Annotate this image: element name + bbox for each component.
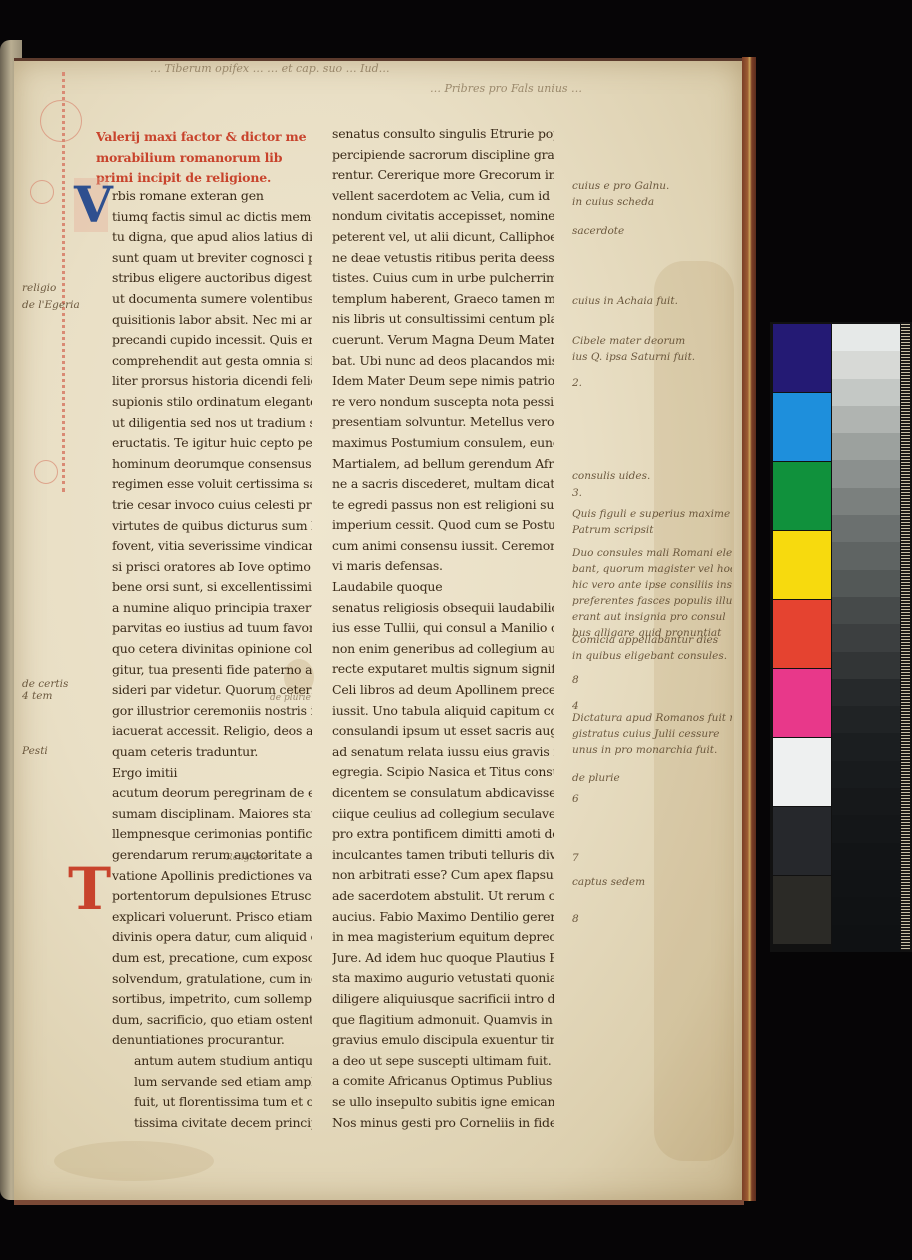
margin-note: Duo consules mali Romani electores xyxy=(572,547,732,560)
text-line: stribus eligere auctoribus digesta const… xyxy=(112,268,312,289)
text-line: ad senatum relata iussu eius gravis figu… xyxy=(332,742,554,763)
color-patch-dark-gray xyxy=(773,807,831,876)
margin-note: Cibele mater deorum xyxy=(572,335,732,348)
color-patch-yellow xyxy=(773,531,831,600)
text-line: hominum deorumque consensus maris ac ter… xyxy=(112,454,312,475)
text-line: cuerunt. Verum Magna Deum Mater in orbe … xyxy=(332,330,554,351)
text-line: a comite Africanus Optimus Publius xyxy=(332,1071,554,1092)
gray-step xyxy=(832,488,900,515)
text-line: rbis romane exteran gen xyxy=(112,186,312,207)
text-line: tistes. Cuius cum in urbe pulcherrimum xyxy=(332,268,554,289)
gray-step xyxy=(832,570,900,597)
margin-note: in quibus eligebant consules. xyxy=(572,650,732,663)
gray-step xyxy=(832,733,900,760)
color-patch-red xyxy=(773,600,831,669)
text-line: iussit. Uno tabula aliquid capitum conve… xyxy=(332,701,554,722)
margin-note: unus in pro monarchia fuit. xyxy=(572,744,732,757)
text-line: vi maris defensas. xyxy=(332,556,554,577)
text-line: dum, sacrificio, quo etiam ostentorum ac… xyxy=(112,1010,312,1031)
text-line: Laudabile quoque xyxy=(332,577,554,598)
text-line: dicentem se consulatum abdicavisset. Sul… xyxy=(332,783,554,804)
top-margin-note: … Tiberum opifex … … et cap. suo … Iud… xyxy=(150,62,390,75)
penwork-roundel xyxy=(40,100,82,142)
text-line: precandi cupido incessit. Quis enim xyxy=(112,330,312,351)
margin-note: 7 xyxy=(572,852,732,865)
text-line: imperium cessit. Quod cum se Postumium m… xyxy=(332,515,554,536)
text-line: solvendum, gratulatione, cum inquirendum… xyxy=(112,969,312,990)
color-patch-white xyxy=(773,738,831,807)
text-line: sta maximo augurio vetustati quoniam xyxy=(332,968,554,989)
text-line: recte exputaret multis signum significab… xyxy=(332,659,554,680)
text-line: trie cesar invoco cuius celesti providen… xyxy=(112,495,312,516)
gray-step xyxy=(832,925,900,952)
gilt-edge xyxy=(742,57,756,1201)
text-line: te egredi passus non est religioni summi xyxy=(332,495,554,516)
margin-note: hic vero ante ipse consiliis insigne xyxy=(572,579,732,592)
gray-step xyxy=(832,460,900,487)
margin-note: 8 xyxy=(572,674,732,687)
gray-step xyxy=(832,597,900,624)
penwork-roundel xyxy=(30,180,54,204)
margin-note: ius Q. ipsa Saturni fuit. xyxy=(572,351,732,364)
text-line: Nos minus gesti pro Corneliis in fideo a… xyxy=(332,1113,554,1134)
gray-step xyxy=(832,351,900,378)
text-line: tu digna, que apud alios latius diffusa xyxy=(112,227,312,248)
color-patch-magenta xyxy=(773,669,831,738)
color-patch-green xyxy=(773,462,831,531)
text-line: virtutes de quibus dicturus sum benignis… xyxy=(112,516,312,537)
margin-note: 8 xyxy=(572,913,732,926)
margin-note: Pesti xyxy=(22,745,80,758)
rubric-line: morabilium romanorum lib xyxy=(96,148,306,169)
text-line: a numine aliquo principia traxerunt mei xyxy=(112,598,312,619)
text-line: tiumq factis simul ac dictis memora xyxy=(112,207,312,228)
margin-note: 2. xyxy=(572,377,732,390)
text-line: gerendarum rerum auctoritate augurum obs… xyxy=(112,845,312,866)
margin-note: 6 xyxy=(572,793,732,806)
gray-step xyxy=(832,706,900,733)
text-line: maximus Postumium consulem, eundemque fl… xyxy=(332,433,554,454)
margin-note: cuius in Achaia fuit. xyxy=(572,295,732,308)
text-line: cum animi consensu iussit. Ceremonias xyxy=(332,536,554,557)
text-line: dum est, precatione, cum exposcendum, vo… xyxy=(112,948,312,969)
text-line: pro extra pontificem dimitti amoti deoru… xyxy=(332,824,554,845)
text-line: percipiende sacrorum discipline gratia t… xyxy=(332,145,554,166)
color-patch-black xyxy=(773,876,831,945)
gray-step xyxy=(832,542,900,569)
text-line: sumam disciplinam. Maiores statas so xyxy=(112,804,312,825)
text-line: vellent sacerdotem ac Velia, cum id oppi… xyxy=(332,186,554,207)
grayscale-steps xyxy=(832,324,900,952)
text-line: senatus religiosis obsequii laudabilior xyxy=(332,598,554,619)
decorated-initial-t: T xyxy=(68,858,111,920)
text-line: eructatis. Te igitur huic cepto penes qu… xyxy=(112,433,312,454)
text-line: si prisci oratores ab Iove optimo maximo xyxy=(112,557,312,578)
text-line: non arbitrati esse? Cum apex flapsuse xyxy=(332,865,554,886)
text-line: regimen esse voluit certissima salute pa xyxy=(112,474,312,495)
text-line: ius esse Tullii, qui consul a Manilio co… xyxy=(332,618,554,639)
margin-note: de l'Egeria xyxy=(22,299,80,312)
text-line: antum autem studium antiquis non so xyxy=(112,1051,312,1072)
margin-note: consulis uides. xyxy=(572,470,732,483)
text-line: explicari voluerunt. Prisco etiam instit… xyxy=(112,907,312,928)
color-patches xyxy=(773,324,831,945)
interlinear-note: Religione xyxy=(226,852,269,865)
gray-step xyxy=(832,679,900,706)
margin-note: de plurie xyxy=(572,772,732,785)
color-calibration-target xyxy=(770,322,912,952)
text-line: ade sacerdotem abstulit. Ut rerum cum ex… xyxy=(332,886,554,907)
text-line: iacuerat accessit. Religio, deos ac xyxy=(112,721,312,742)
text-line: inculcantes tamen tributi telluris divis… xyxy=(332,845,554,866)
text-line: diligere aliquiusque sacrificii intro di… xyxy=(332,989,554,1010)
margin-note: bant, quorum magister vel hoc habe xyxy=(572,563,732,576)
text-line: consulandi ipsum ut esset sacris augurum xyxy=(332,721,554,742)
text-line: a deo ut sepe suscepti ultimam fuit. xyxy=(332,1051,554,1072)
gray-step xyxy=(832,897,900,924)
text-line: re vero nondum suscepta nota pessimum xyxy=(332,392,554,413)
text-line: nondum civitatis accepisset, nomine Cala… xyxy=(332,206,554,227)
interlinear-note: de plurie xyxy=(270,692,311,705)
text-line: quam ceteris traduntur. xyxy=(112,742,312,763)
margin-note: sacerdote xyxy=(572,225,732,238)
margin-note: 4 tem xyxy=(22,690,80,703)
margin-note: 3. xyxy=(572,487,732,500)
gray-step xyxy=(832,815,900,842)
margin-note: captus sedem xyxy=(572,876,732,889)
text-line: presentiam solvuntur. Metellus vero pont… xyxy=(332,412,554,433)
margin-note: gistratus cuius Julii cessure xyxy=(572,728,732,741)
text-line: Idem Mater Deum sepe nimis patrioque in … xyxy=(332,371,554,392)
margin-note: Dictatura apud Romanos fuit ma xyxy=(572,712,732,725)
gray-step xyxy=(832,624,900,651)
rubric-heading: Valerij maxi factor & dictor me morabili… xyxy=(96,127,306,189)
gray-step xyxy=(832,843,900,870)
text-line: ne a sacris discederet, multam dicat, ut xyxy=(332,474,554,495)
text-line: bene orsi sunt, si excellentissimi vates xyxy=(112,577,312,598)
text-line: quo cetera divinitas opinione colli xyxy=(112,639,312,660)
gray-step xyxy=(832,515,900,542)
margin-note: cuius e pro Galnu. xyxy=(572,180,732,193)
text-line: gravius emulo discipula exuentur tirupta xyxy=(332,1030,554,1051)
text-line: comprehendit aut gesta omnia sine fide xyxy=(112,351,312,372)
text-line: supionis stilo ordinatum eleganter cum xyxy=(112,392,312,413)
leaf-bottom-edge xyxy=(14,1200,744,1205)
text-line: se ullo insepulto subitis igne emicant. xyxy=(332,1092,554,1113)
margin-note: Quis figuli e superius maxime ue xyxy=(572,508,732,521)
text-line: liter prorsus historia dicendi felicia xyxy=(112,371,312,392)
gray-step xyxy=(832,870,900,897)
text-line: aucius. Fabio Maximo Dentilio gerendo xyxy=(332,907,554,928)
decorated-initial-u: V xyxy=(74,178,108,232)
text-line: Martialem, ad bellum gerendum Africam pe… xyxy=(332,454,554,475)
text-line: Ergo imitii xyxy=(112,763,312,784)
margin-note: religio xyxy=(22,282,80,295)
text-line: peterent vel, ut alii dicunt, Calliphoen… xyxy=(332,227,554,248)
text-line: parvitas eo iustius ad tuum favorem cucu… xyxy=(112,618,312,639)
text-line: senatus consulto singulis Etrurie populi… xyxy=(332,124,554,145)
margin-note: erant aut insignia pro consul xyxy=(572,611,732,624)
margin-note: in cuius scheda xyxy=(572,196,732,209)
text-line: bat. Ubi nunc ad deos placandos miserunt… xyxy=(332,351,554,372)
text-line: fuit, ut florentissima tum et opulen xyxy=(112,1092,312,1113)
penwork-roundel xyxy=(34,460,58,484)
text-line: vatione Apollinis predictiones vatum lib… xyxy=(112,866,312,887)
text-line: tissima civitate decem principum filii xyxy=(112,1113,312,1134)
gray-step xyxy=(832,406,900,433)
text-line: sunt quam ut breviter cognosci possint, … xyxy=(112,248,312,269)
text-line: que flagitium admonuit. Quamvis in eo xyxy=(332,1010,554,1031)
rubric-line: Valerij maxi factor & dictor me xyxy=(96,127,306,148)
text-line: egregia. Scipio Nasica et Titus consul a… xyxy=(332,762,554,783)
text-line: ut diligentia sed nos ut tradium sit xyxy=(112,413,312,434)
gray-step xyxy=(832,761,900,788)
measurement-ruler xyxy=(901,324,910,950)
text-line: Jure. Ad idem huc quoque Plautius Pontia xyxy=(332,948,554,969)
text-line: denuntiationes procurantur. xyxy=(112,1030,312,1051)
text-column-left: rbis romane exteran gentiumq factis simu… xyxy=(112,186,312,1133)
stain xyxy=(54,1141,214,1181)
text-line: llempnesque cerimonias pontificum scient… xyxy=(112,824,312,845)
color-patch-cyan xyxy=(773,393,831,462)
margin-note: Comicia appellabantur dies xyxy=(572,634,732,647)
gray-step xyxy=(832,652,900,679)
text-line: templum haberent, Graeco tamen more sibi… xyxy=(332,289,554,310)
text-line: quisitionis labor absit. Nec mi ancti xyxy=(112,310,312,331)
margin-note: Patrum scripsit xyxy=(572,524,732,537)
text-line: in mea magisterium equitum deprecandi es… xyxy=(332,927,554,948)
gray-step xyxy=(832,788,900,815)
text-line: ne deae vetustis ritibus perita deesset … xyxy=(332,248,554,269)
top-margin-note: … Pribres pro Fals unius … xyxy=(430,82,582,95)
text-line: ciique ceulius ad collegium seculaveris.… xyxy=(332,804,554,825)
text-column-right: senatus consulto singulis Etrurie populi… xyxy=(332,124,554,1133)
text-line: acutum deorum peregrinam de educendi xyxy=(112,783,312,804)
text-line: Celi libros ad deum Apollinem precem leg… xyxy=(332,680,554,701)
text-line: sortibus, impetrito, cum sollempni ritu … xyxy=(112,989,312,1010)
text-line: non enim generibus ad collegium augurum xyxy=(332,639,554,660)
text-line: nis libris ut consultissimi centum pla xyxy=(332,309,554,330)
text-line: divinis opera datur, cum aliquid commend… xyxy=(112,927,312,948)
color-patch-blue xyxy=(773,324,831,393)
margin-note: preferentes fasces populis illu xyxy=(572,595,732,608)
gray-step xyxy=(832,433,900,460)
text-line: ut documenta sumere volentibus longe i xyxy=(112,289,312,310)
text-line: gitur, tua presenti fide paterno avitoqu… xyxy=(112,660,312,681)
gray-step xyxy=(832,324,900,351)
text-line: fovent, vitia severissime vindicantur. N… xyxy=(112,536,312,557)
gray-step xyxy=(832,379,900,406)
text-line: rentur. Cererique more Grecorum initiari xyxy=(332,165,554,186)
text-line: portentorum depulsiones Etrusca discipli… xyxy=(112,886,312,907)
text-line: lum servande sed etiam amplificande reli… xyxy=(112,1072,312,1093)
